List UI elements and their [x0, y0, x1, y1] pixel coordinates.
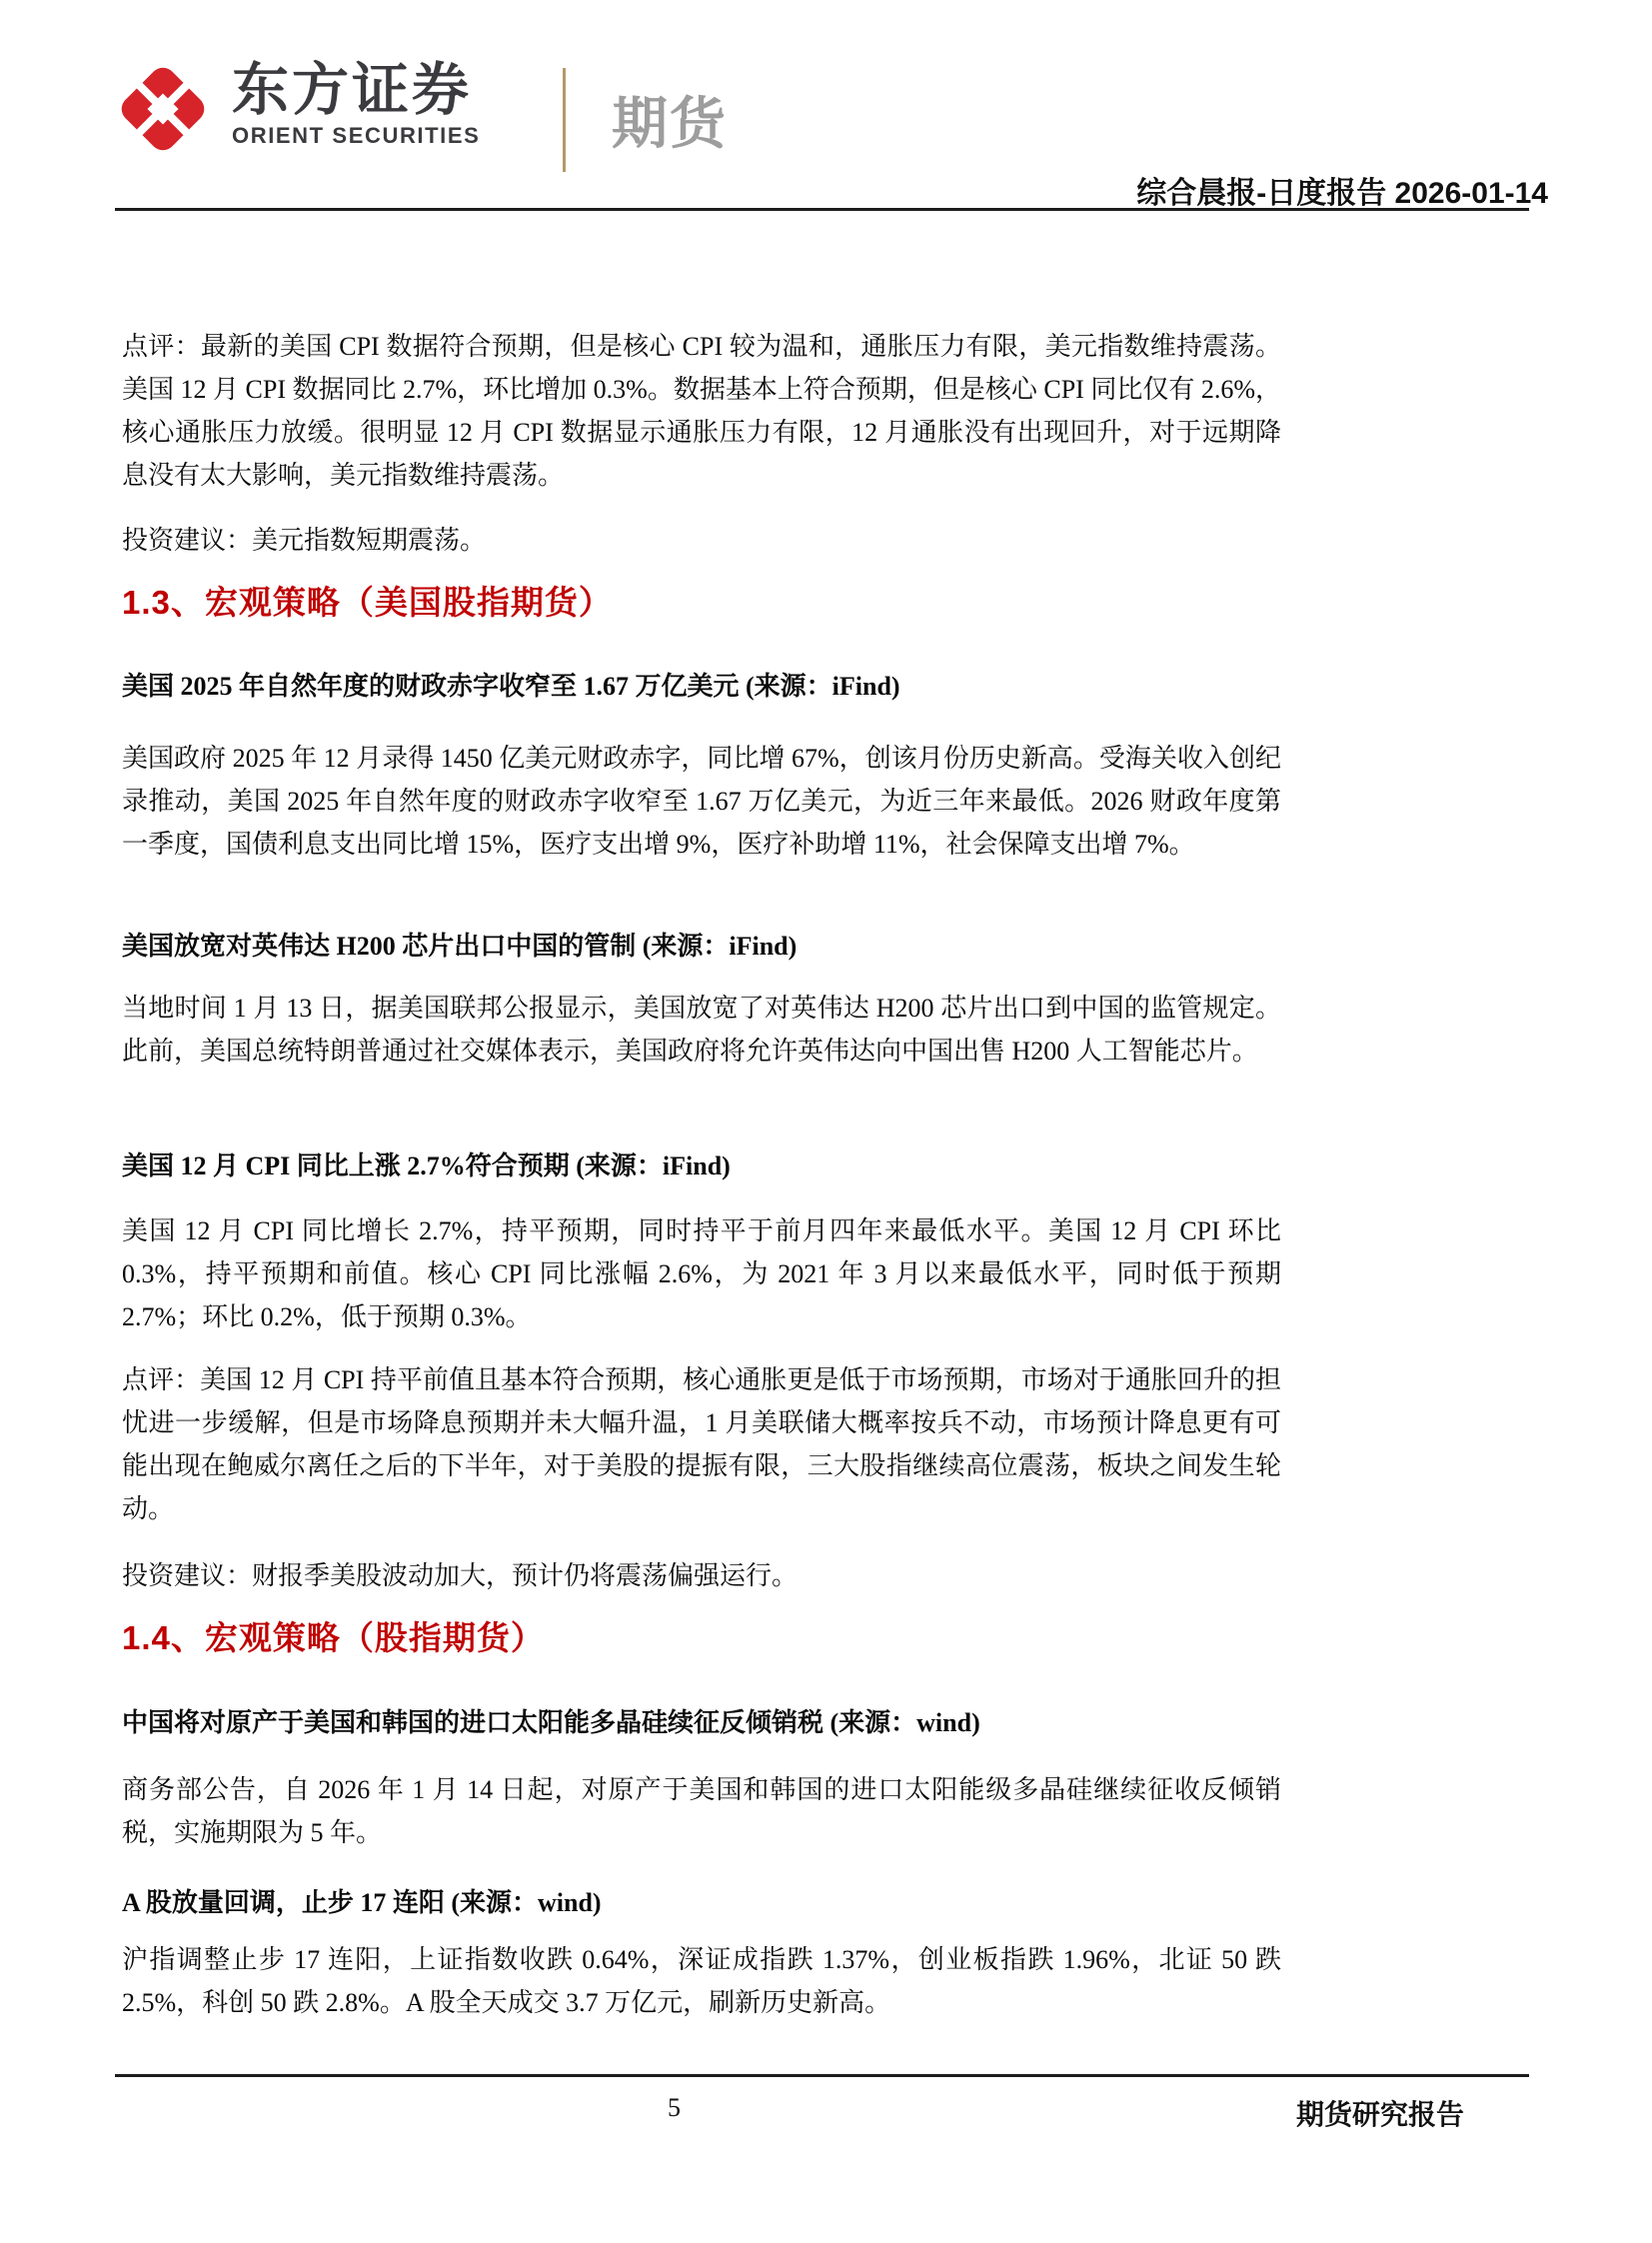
orient-securities-logo-icon [112, 50, 214, 170]
brand-division-label: 期货 [612, 80, 728, 160]
news-subheading-a-share: A 股放量回调，止步 17 连阳 (来源：wind) [122, 1881, 1281, 1924]
report-page: 东方证券 ORIENT SECURITIES 期货 综合晨报-日度报告 2026… [0, 0, 1652, 2243]
brand-divider [563, 68, 566, 172]
brand-text: 东方证券 ORIENT SECURITIES [232, 60, 480, 149]
paragraph-fiscal-deficit: 美国政府 2025 年 12 月录得 1450 亿美元财政赤字，同比增 67%，… [122, 737, 1281, 866]
paragraph-h200-export: 当地时间 1 月 13 日，据美国联邦公报显示，美国放宽了对英伟达 H200 芯… [122, 987, 1281, 1073]
footer-report-label: 期货研究报告 [1296, 2093, 1464, 2133]
investment-advice-dollar: 投资建议：美元指数短期震荡。 [122, 519, 1281, 562]
brand-name-en: ORIENT SECURITIES [232, 123, 480, 149]
news-subheading-cpi: 美国 12 月 CPI 同比上涨 2.7%符合预期 (来源：iFind) [122, 1144, 1281, 1187]
brand-name-cn: 东方证券 [232, 60, 480, 120]
commentary-paragraph-cpi: 点评：最新的美国 CPI 数据符合预期，但是核心 CPI 较为温和，通胀压力有限… [122, 325, 1281, 497]
paragraph-antidumping: 商务部公告，自 2026 年 1 月 14 日起，对原产于美国和韩国的进口太阳能… [122, 1768, 1281, 1854]
section-heading-1-4: 1.4、宏观策略（股指期货） [122, 1615, 1281, 1661]
page-number: 5 [668, 2093, 681, 2123]
news-subheading-antidumping: 中国将对原产于美国和韩国的进口太阳能多晶硅续征反倾销税 (来源：wind) [122, 1701, 1281, 1744]
report-title-and-date: 综合晨报-日度报告 2026-01-14 [1136, 168, 1548, 212]
header-rule [115, 208, 1529, 211]
paragraph-a-share: 沪指调整止步 17 连阳，上证指数收跌 0.64%，深证成指跌 1.37%，创业… [122, 1938, 1281, 2024]
commentary-paragraph-us-stocks: 点评：美国 12 月 CPI 持平前值且基本符合预期，核心通胀更是低于市场预期，… [122, 1358, 1281, 1530]
paragraph-cpi-detail: 美国 12 月 CPI 同比增长 2.7%，持平预期，同时持平于前月四年来最低水… [122, 1209, 1281, 1338]
footer-rule [115, 2074, 1529, 2077]
news-subheading-fiscal-deficit: 美国 2025 年自然年度的财政赤字收窄至 1.67 万亿美元 (来源：iFin… [122, 665, 1281, 708]
news-subheading-h200-export: 美国放宽对英伟达 H200 芯片出口中国的管制 (来源：iFind) [122, 925, 1281, 968]
section-heading-1-3: 1.3、宏观策略（美国股指期货） [122, 580, 1281, 626]
investment-advice-us-stocks: 投资建议：财报季美股波动加大，预计仍将震荡偏强运行。 [122, 1554, 1281, 1597]
